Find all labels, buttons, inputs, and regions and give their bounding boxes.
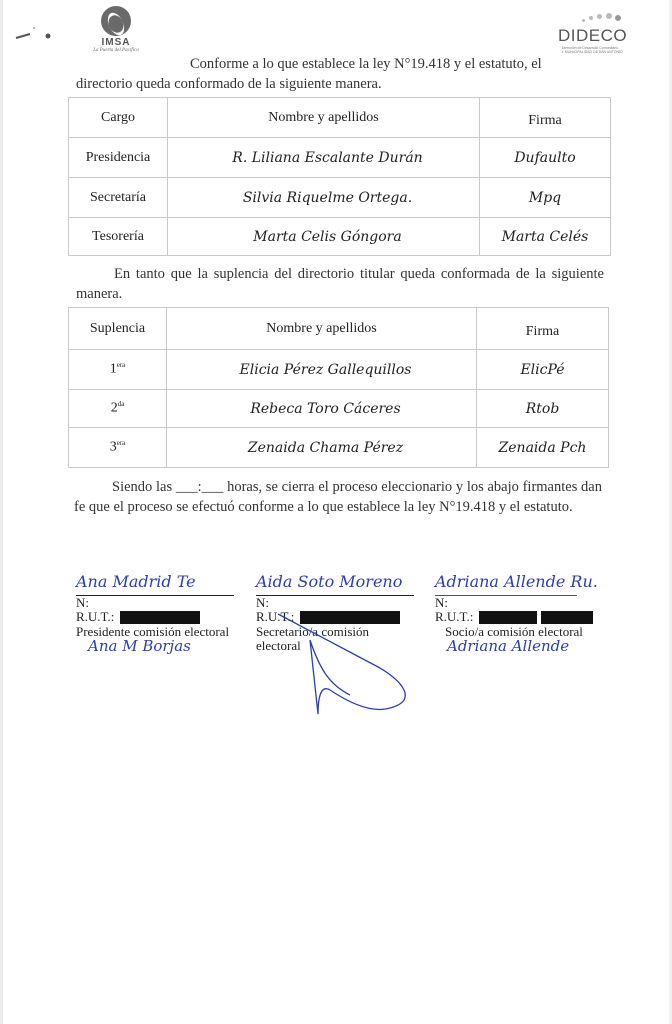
- cargo-cell: Tesorería: [69, 218, 168, 256]
- suplencia-header-row: Suplencia Nombre y apellidos Firma: [69, 308, 609, 350]
- nombre-cell: R. Liliana Escalante Durán: [168, 138, 480, 178]
- nombre-cell: Rebeca Toro Cáceres: [167, 390, 477, 428]
- table-row: Tesorería Marta Celis Góngora Marta Celé…: [69, 218, 611, 256]
- closing-paragraph: Siendo las ___:___ horas, se cierra el p…: [74, 477, 602, 517]
- signature-stroke: [270, 610, 420, 720]
- n-label: N:: [76, 596, 234, 610]
- imsa-logo-title: IMSA: [80, 37, 152, 48]
- table-row: 2da Rebeca Toro Cáceres Rtob: [69, 390, 609, 428]
- nombre-cell: Zenaida Chama Pérez: [167, 428, 477, 468]
- header-suplencia: Suplencia: [69, 308, 167, 350]
- imsa-logo-tagline: La Puerta del Pacífico: [80, 48, 152, 53]
- dideco-logo: DIDECO Dirección de Desarrollo Comunitar…: [556, 12, 642, 52]
- signer-socio: Adriana Allende Ru. N: R.U.T.: Socio/a c…: [435, 575, 645, 653]
- imsa-emblem-icon: [101, 6, 131, 36]
- cargo-cell: Presidencia: [69, 138, 168, 178]
- handwritten-name: Adriana Allende Ru.: [435, 575, 577, 596]
- scan-artifact-mark: [14, 24, 54, 44]
- firma-cell: Dufaulto: [480, 138, 611, 178]
- firma-cell: Marta Celés: [480, 218, 611, 256]
- suplencia-num-cell: 3era: [69, 428, 167, 468]
- table-row: 1era Elicia Pérez Gallequillos ElicPé: [69, 350, 609, 390]
- signer-presidente: Ana Madrid Te N: R.U.T.: Presidente comi…: [76, 575, 234, 653]
- table-row: Presidencia R. Liliana Escalante Durán D…: [69, 138, 611, 178]
- handwritten-name: Ana Madrid Te: [76, 575, 234, 596]
- dideco-logo-title: DIDECO: [558, 26, 627, 46]
- ordinal-number: 1: [110, 362, 117, 377]
- header-nombre: Nombre y apellidos: [167, 308, 477, 350]
- header-nombre: Nombre y apellidos: [168, 98, 480, 138]
- suplencia-num-cell: 2da: [69, 390, 167, 428]
- suplencia-table: Suplencia Nombre y apellidos Firma 1era …: [68, 307, 609, 468]
- ordinal-number: 2: [111, 401, 118, 416]
- directorio-table: Cargo Nombre y apellidos Firma Presidenc…: [68, 97, 611, 256]
- rut-label: R.U.T.:: [435, 610, 473, 624]
- rut-row: R.U.T.:: [76, 610, 234, 624]
- header-firma: Firma: [480, 98, 611, 138]
- rut-redaction: [541, 611, 593, 624]
- directorio-header-row: Cargo Nombre y apellidos Firma: [69, 98, 611, 138]
- dideco-dots-icon: [582, 12, 622, 22]
- firma-cell: Zenaida Pch: [477, 428, 609, 468]
- table-row: 3era Zenaida Chama Pérez Zenaida Pch: [69, 428, 609, 468]
- rut-redaction: [479, 611, 537, 624]
- intro-paragraph: Conforme a lo que establece la ley N°19.…: [76, 54, 576, 94]
- dideco-logo-subtitle: Dirección de Desarrollo Comunitario I. M…: [562, 46, 623, 54]
- firma-cell: Mpq: [480, 178, 611, 218]
- table-row: Secretaría Silvia Riquelme Ortega. Mpq: [69, 178, 611, 218]
- handwritten-name: Aida Soto Moreno: [256, 575, 414, 596]
- nombre-cell: Silvia Riquelme Ortega.: [168, 178, 480, 218]
- firma-cell: ElicPé: [477, 350, 609, 390]
- rut-label: R.U.T.:: [76, 610, 114, 624]
- header-firma: Firma: [477, 308, 609, 350]
- signature: Ana M Borjas: [88, 639, 234, 653]
- nombre-cell: Marta Celis Góngora: [168, 218, 480, 256]
- nombre-cell: Elicia Pérez Gallequillos: [167, 350, 477, 390]
- ordinal-number: 3: [110, 440, 117, 455]
- signature: Adriana Allende: [447, 639, 645, 653]
- cargo-cell: Secretaría: [69, 178, 168, 218]
- rut-redaction: [120, 611, 200, 624]
- ordinal-suffix: da: [118, 400, 125, 408]
- rut-row: R.U.T.:: [435, 610, 645, 624]
- ordinal-suffix: era: [117, 361, 126, 369]
- n-label: N:: [435, 596, 645, 610]
- n-label: N:: [256, 596, 414, 610]
- firma-cell: Rtob: [477, 390, 609, 428]
- header-cargo: Cargo: [69, 98, 168, 138]
- ordinal-suffix: era: [117, 439, 126, 447]
- suplencia-num-cell: 1era: [69, 350, 167, 390]
- suplencia-paragraph: En tanto que la suplencia del directorio…: [76, 264, 604, 304]
- page-edge-left: [0, 0, 3, 1024]
